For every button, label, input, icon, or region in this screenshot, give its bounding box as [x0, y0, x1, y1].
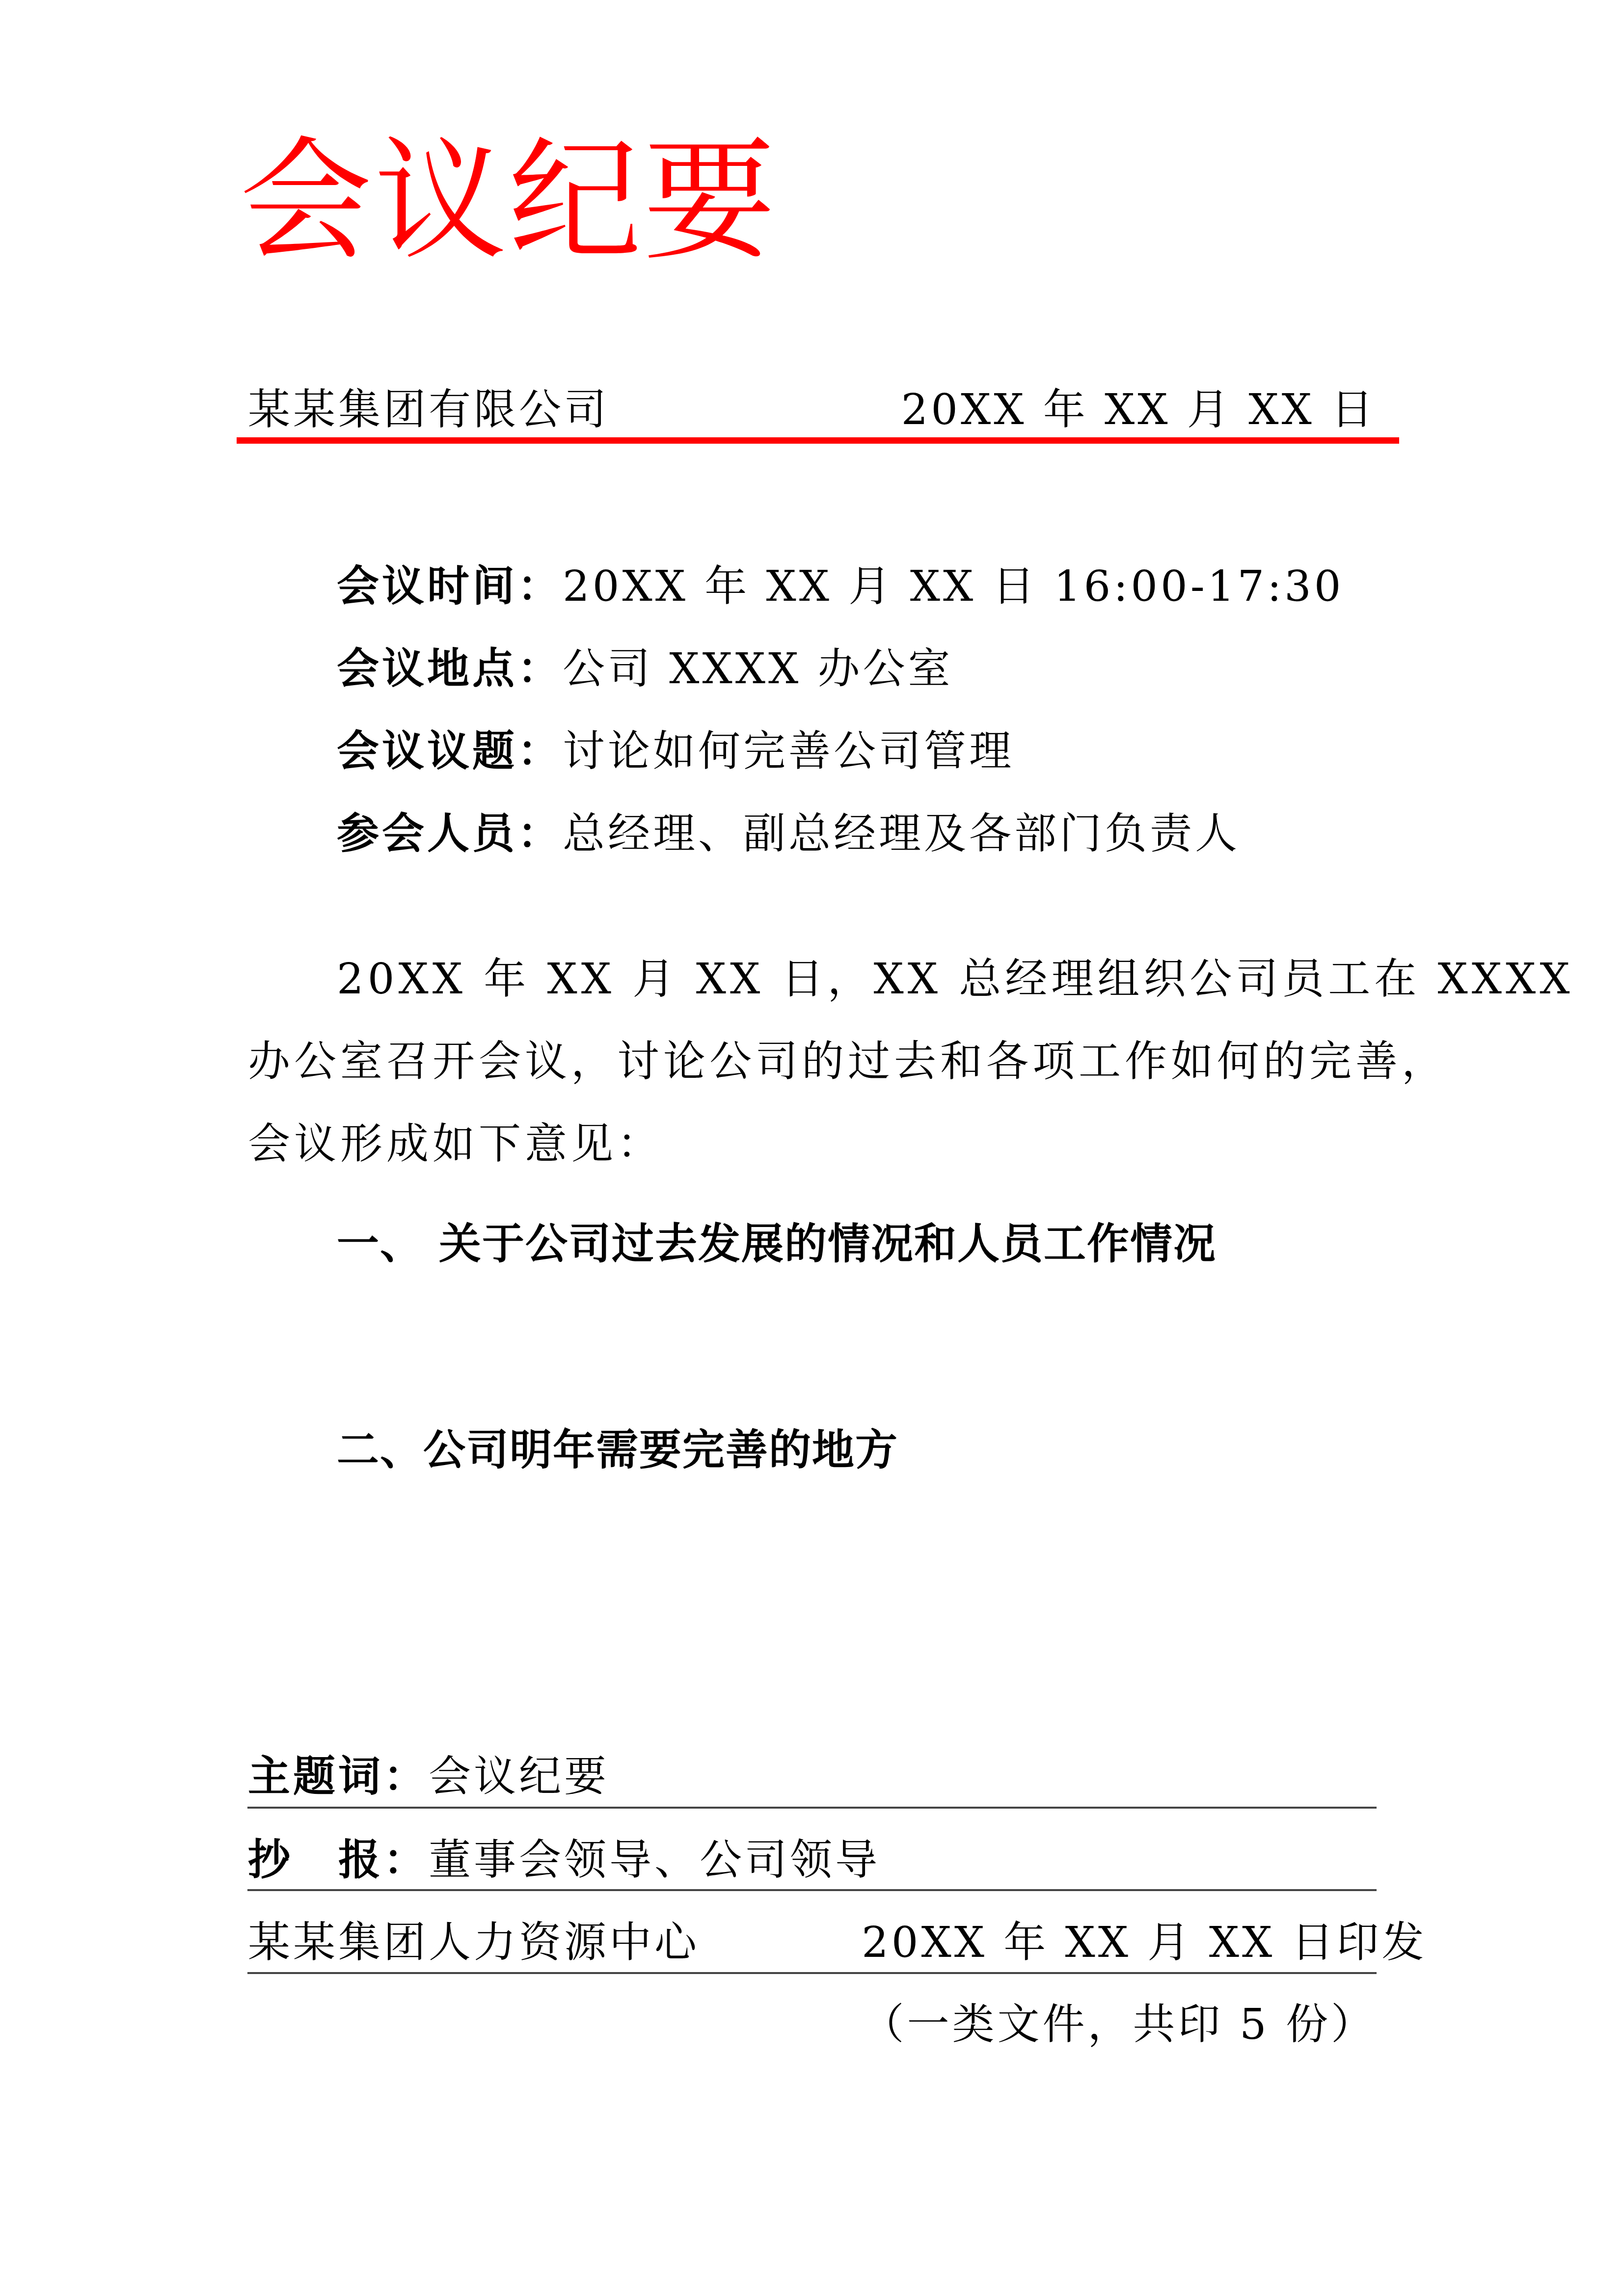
meta-value: 公司 XXXX 办公室	[563, 644, 953, 694]
footer-issue-date: 20XX 年 XX 月 XX 日印发	[862, 1916, 1427, 1970]
footer-rule	[247, 1889, 1377, 1891]
intro-paragraph-line: 会议形成如下意见：	[248, 1117, 663, 1171]
intro-paragraph-line: 办公室召开会议，讨论公司的过去和各项工作如何的完善，	[248, 1035, 1448, 1089]
meta-row-topic: 会议议题：讨论如何完善公司管理	[337, 724, 1014, 778]
footer-subject: 主题词：会议纪要	[248, 1750, 609, 1804]
red-header-rule	[237, 437, 1399, 444]
subject-label: 主题词：	[248, 1752, 429, 1801]
meta-row-time: 会议时间：20XX 年 XX 月 XX 日 16:00-17:30	[337, 560, 1344, 614]
cc-label: 抄 报：	[248, 1836, 429, 1885]
meta-label: 会议议题：	[337, 727, 563, 776]
masthead-organization: 某某集团有限公司	[248, 383, 609, 437]
meta-value: 讨论如何完善公司管理	[563, 727, 1014, 776]
footer-rule	[247, 1972, 1377, 1974]
section-heading-1: 一、 关于公司过去发展的情况和人员工作情况	[337, 1217, 1217, 1271]
meta-label: 会议地点：	[337, 644, 563, 694]
subject-value: 会议纪要	[429, 1752, 609, 1801]
footer-issuer: 某某集团人力资源中心	[248, 1916, 700, 1970]
meta-value: 总经理、副总经理及各部门负责人	[563, 809, 1240, 858]
footer-note: （一类文件，共印 5 份）	[862, 1998, 1376, 2052]
meta-label: 参会人员：	[337, 809, 563, 858]
document-title: 会议纪要	[240, 123, 778, 280]
masthead-date: 20XX 年 XX 月 XX 日	[901, 383, 1376, 437]
intro-paragraph-line: 20XX 年 XX 月 XX 日，XX 总经理组织公司员工在 XXXX	[337, 952, 1574, 1006]
meta-row-attendees: 参会人员：总经理、副总经理及各部门负责人	[337, 807, 1240, 861]
meta-label: 会议时间：	[337, 562, 563, 611]
footer-rule	[247, 1807, 1377, 1809]
meta-row-location: 会议地点：公司 XXXX 办公室	[337, 642, 953, 696]
section-heading-2: 二、公司明年需要完善的地方	[337, 1423, 898, 1477]
footer-cc: 抄 报：董事会领导、公司领导	[248, 1833, 880, 1887]
cc-value: 董事会领导、公司领导	[429, 1836, 880, 1885]
meta-value: 20XX 年 XX 月 XX 日 16:00-17:30	[563, 562, 1344, 611]
